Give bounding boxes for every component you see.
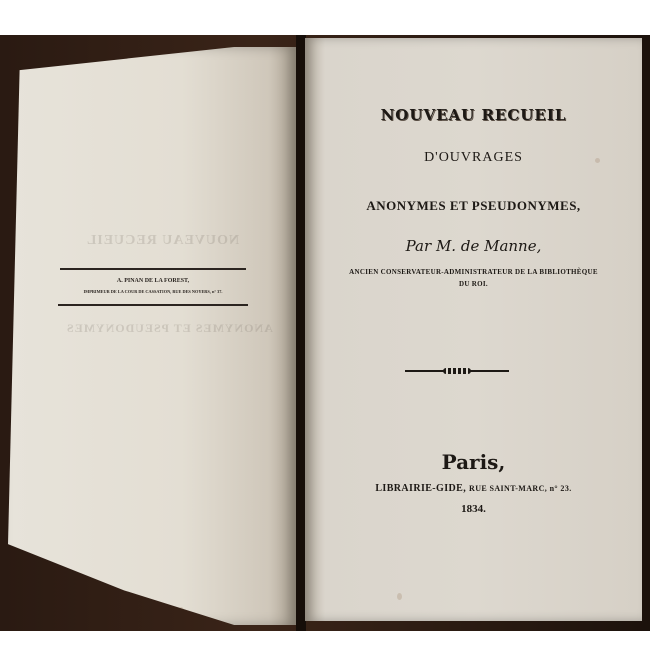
publisher-address: RUE SAINT-MARC, n° 23. xyxy=(469,484,572,493)
book-photo: NOUVEAU RECUEIL A. PINAN DE LA FOREST, I… xyxy=(0,35,650,631)
author-role-line-1: ANCIEN CONSERVATEUR-ADMINISTRATEUR DE LA… xyxy=(305,266,642,278)
imprint-bottom-rule xyxy=(58,304,248,306)
imprint-printer: A. PINAN DE LA FOREST, xyxy=(60,278,246,284)
publisher-line: LIBRAIRIE-GIDE, RUE SAINT-MARC, n° 23. xyxy=(305,483,642,494)
publication-year: 1834. xyxy=(305,503,642,515)
publisher-name: LIBRAIRIE-GIDE, xyxy=(375,483,466,494)
imprint-top-rule xyxy=(60,268,246,270)
foxing-spot xyxy=(397,593,402,600)
book-subtitle-2: ANONYMES ET PSEUDONYMES, xyxy=(305,198,642,214)
publication-city: Paris, xyxy=(305,450,642,474)
title-page: NOUVEAU RECUEIL D'OUVRAGES ANONYMES ET P… xyxy=(305,38,642,621)
foxing-spot xyxy=(178,607,184,615)
book-title: NOUVEAU RECUEIL xyxy=(305,106,642,124)
author-role-line-2: DU ROI. xyxy=(305,278,642,290)
imprint-address: IMPRIMEUR DE LA COUR DE CASSATION, RUE D… xyxy=(60,289,246,294)
bleed-through-subtitle: ANONYMES ET PSEUDONYMES xyxy=(66,321,273,336)
book-subtitle-1: D'OUVRAGES xyxy=(305,150,642,166)
bleed-through-title: NOUVEAU RECUEIL xyxy=(86,233,239,249)
foxing-spot xyxy=(595,158,600,163)
left-page: NOUVEAU RECUEIL A. PINAN DE LA FOREST, I… xyxy=(8,47,298,625)
ornament-divider xyxy=(405,368,509,374)
author-line: Par M. de Manne, xyxy=(305,237,642,255)
